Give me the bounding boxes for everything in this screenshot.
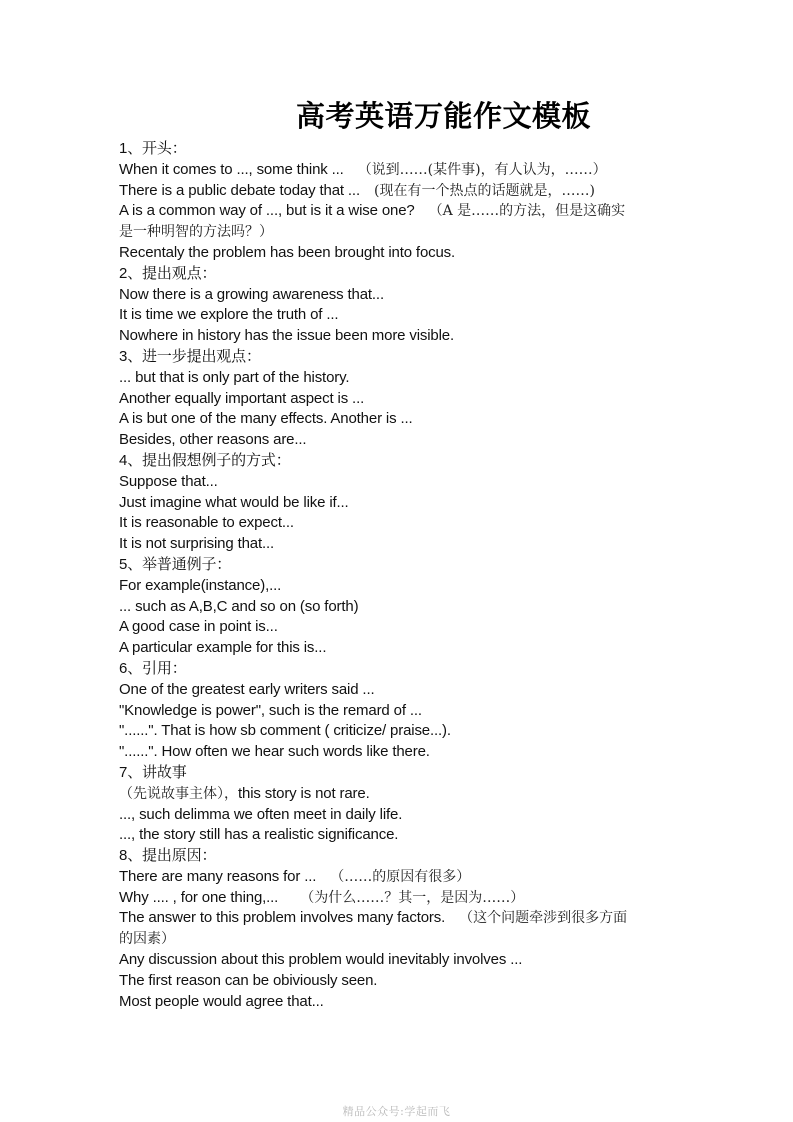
phrase-line: ... but that is only part of the history…: [119, 368, 679, 389]
phrase-line-continued: 的因素）: [119, 929, 679, 950]
phrase-line: It is not surprising that...: [119, 534, 679, 555]
phrase-line: For example(instance),...: [119, 576, 679, 597]
phrase-zh-continued: 是一种明智的方法吗？）: [119, 224, 273, 240]
phrase-en: Why .... , for one thing,...: [119, 889, 278, 906]
phrase-en: Recentaly the problem has been brought i…: [119, 244, 455, 261]
footer-watermark: 精品公众号:学起而飞: [0, 1103, 793, 1119]
phrase-line: There are many reasons for ...（……的原因有很多）: [119, 867, 679, 888]
section-heading-viewpoint: 2、提出观点：: [119, 264, 679, 285]
phrase-line: There is a public debate today that ...(…: [119, 181, 679, 202]
phrase-line: A is but one of the many effects. Anothe…: [119, 409, 679, 430]
phrase-line: A good case in point is...: [119, 617, 679, 638]
section-heading-quotation: 6、引用：: [119, 659, 679, 680]
document-title: 高考英语万能作文模板: [0, 96, 793, 136]
phrase-line: Now there is a growing awareness that...: [119, 285, 679, 306]
phrase-line: ... such as A,B,C and so on (so forth): [119, 597, 679, 618]
phrase-en: When it comes to ..., some think ...: [119, 161, 344, 178]
section-heading-common-example: 5、举普通例子：: [119, 555, 679, 576]
phrase-zh: （为什么……？其一，是因为……）: [300, 890, 524, 906]
section-heading-opening: 1、开头：: [119, 139, 679, 160]
phrase-zh: （这个问题牵涉到很多方面: [459, 910, 627, 926]
phrase-line: Most people would agree that...: [119, 992, 679, 1013]
phrase-line: Just imagine what would be like if...: [119, 493, 679, 514]
phrase-line: Recentaly the problem has been brought i…: [119, 243, 679, 264]
phrase-zh: (现在有一个热点的话题就是，……): [374, 183, 595, 199]
section-heading-storytelling: 7、讲故事: [119, 763, 679, 784]
phrase-line: （先说故事主体），this story is not rare.: [119, 784, 679, 805]
section-heading-reasons: 8、提出原因：: [119, 846, 679, 867]
phrase-en: A is a common way of ..., but is it a wi…: [119, 202, 415, 219]
phrase-en: There are many reasons for ...: [119, 868, 316, 885]
section-heading-hypothetical-example: 4、提出假想例子的方式：: [119, 451, 679, 472]
phrase-line: The answer to this problem involves many…: [119, 908, 679, 929]
phrase-line: "......". How often we hear such words l…: [119, 742, 679, 763]
phrase-line: It is time we explore the truth of ...: [119, 305, 679, 326]
phrase-line: A particular example for this is...: [119, 638, 679, 659]
phrase-line: Besides, other reasons are...: [119, 430, 679, 451]
phrase-line: The first reason can be obiviously seen.: [119, 971, 679, 992]
phrase-line: ..., such delimma we often meet in daily…: [119, 805, 679, 826]
phrase-zh: （说到……(某件事)，有人认为，……）: [358, 162, 607, 178]
phrase-line: "Knowledge is power", such is the remard…: [119, 701, 679, 722]
phrase-zh-prefix: （先说故事主体），: [119, 786, 238, 802]
phrase-line: It is reasonable to expect...: [119, 513, 679, 534]
phrase-zh: （……的原因有很多）: [330, 869, 470, 885]
phrase-line: Another equally important aspect is ...: [119, 389, 679, 410]
phrase-line: When it comes to ..., some think ...（说到……: [119, 160, 679, 181]
phrase-line-continued: 是一种明智的方法吗？）: [119, 222, 679, 243]
phrase-en: There is a public debate today that ...: [119, 182, 360, 199]
document-body: 1、开头： When it comes to ..., some think .…: [119, 139, 679, 1012]
document-page: 高考英语万能作文模板 1、开头： When it comes to ..., s…: [0, 0, 793, 1122]
phrase-zh-continued: 的因素）: [119, 931, 175, 947]
phrase-line: One of the greatest early writers said .…: [119, 680, 679, 701]
phrase-line: Any discussion about this problem would …: [119, 950, 679, 971]
phrase-line: Suppose that...: [119, 472, 679, 493]
phrase-zh: （A 是……的方法，但是这确实: [429, 203, 626, 219]
section-heading-further-viewpoint: 3、进一步提出观点：: [119, 347, 679, 368]
phrase-en: The answer to this problem involves many…: [119, 909, 445, 926]
phrase-en: this story is not rare.: [238, 785, 370, 802]
phrase-line: Why .... , for one thing,...（为什么……？其一，是因…: [119, 888, 679, 909]
phrase-line: A is a common way of ..., but is it a wi…: [119, 201, 679, 222]
phrase-line: "......". That is how sb comment ( criti…: [119, 721, 679, 742]
phrase-line: ..., the story still has a realistic sig…: [119, 825, 679, 846]
phrase-line: Nowhere in history has the issue been mo…: [119, 326, 679, 347]
